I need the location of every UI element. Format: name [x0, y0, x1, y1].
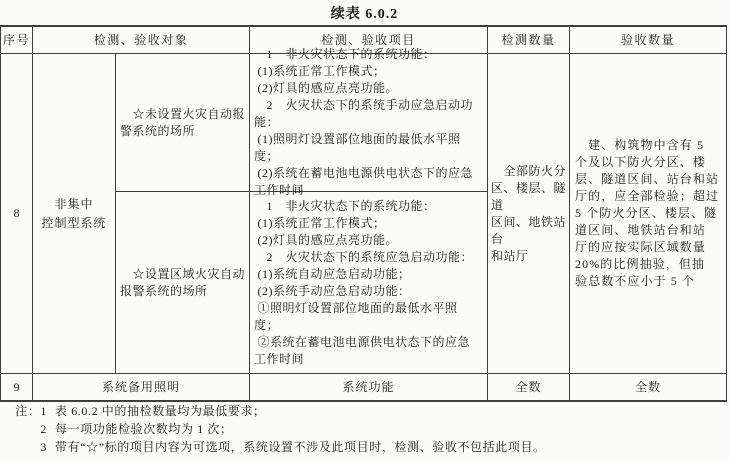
note-1-text: 表 6.0.2 中的抽检数量均为最低要求； — [55, 405, 266, 418]
note-2-text: 每一项功能检验次数均为 1 次； — [55, 423, 233, 436]
row8-sub2-items: 1 非火灾状态下的系统功能： (1)系统正常工作模式； (2)灯具的感应点亮功能… — [250, 192, 488, 374]
table-title: 续表 6.0.2 — [0, 3, 729, 23]
row8-sub1-items: 1 非火灾状态下的系统功能： (1)系统正常工作模式； (2)灯具的感应点亮功能… — [250, 54, 488, 192]
header-inspect-qty: 检测数量 — [488, 27, 570, 54]
note-3-label: 3 — [0, 441, 47, 454]
header-index: 序号 — [1, 27, 33, 54]
row8-sub1-place: ☆未设置火灾自动报 警系统的场所 — [116, 54, 250, 192]
row9-target: 系统备用照明 — [33, 374, 250, 400]
note-3-text: 带有“☆”标的项目内容为可选项，系统设置不涉及此项目时，检测、验收不包括此项目。 — [55, 441, 546, 454]
document-page: 续表 6.0.2 序号 检测、验收对象 检测、验收项目 检测数量 验收数量 8 … — [0, 0, 729, 460]
row9-item: 系统功能 — [250, 374, 488, 400]
row9-inspect-qty: 全数 — [488, 374, 570, 400]
row8-index: 8 — [1, 54, 33, 374]
header-accept-qty: 验收数量 — [570, 27, 726, 54]
note-3: 3 带有“☆”标的项目内容为可选项，系统设置不涉及此项目时，检测、验收不包括此项… — [0, 441, 729, 454]
row8-target-main: 非集中 控制型系统 — [33, 54, 116, 374]
header-target: 检测、验收对象 — [33, 27, 250, 54]
row9-index: 9 — [1, 374, 33, 400]
row8-inspect-qty: 全部防火分 区、楼层、隧道 区间、地铁站台 和站厅 — [488, 54, 570, 374]
table-notes: 注：1 表 6.0.2 中的抽检数量均为最低要求； 2 每一项功能检验次数均为 … — [0, 405, 729, 459]
row9-accept-qty: 全数 — [570, 374, 726, 400]
note-2: 2 每一项功能检验次数均为 1 次； — [0, 423, 729, 436]
row8-sub2-place: ☆设置区域火灾自动 报警系统的场所 — [116, 192, 250, 374]
row8-accept-qty: 建、构筑物中含有 5 个及以下防火分区、楼 层、隧道区间、站台和站 厅的，应全部… — [570, 54, 726, 374]
note-1-label: 注：1 — [0, 405, 47, 418]
note-2-label: 2 — [0, 423, 47, 436]
note-1: 注：1 表 6.0.2 中的抽检数量均为最低要求； — [0, 405, 729, 418]
acceptance-table: 序号 检测、验收对象 检测、验收项目 检测数量 验收数量 8 非集中 控制型系统… — [0, 25, 727, 402]
